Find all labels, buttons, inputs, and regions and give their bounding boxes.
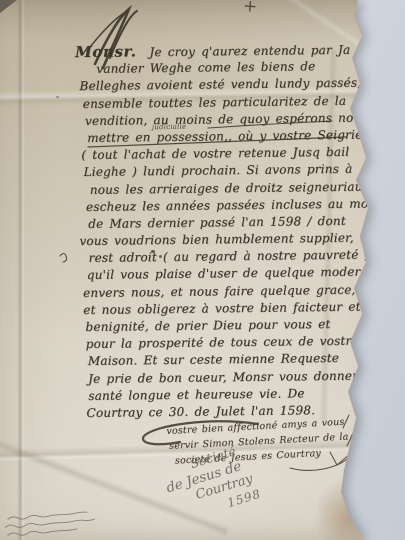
paper-shadow-wrap: + Monsr.Je croy q'aurez entendu par Ja v… bbox=[0, 0, 405, 540]
paper-top-shading bbox=[0, 0, 370, 42]
vertical-fold-crease bbox=[17, 0, 25, 540]
letter-line: Je prie de bon cueur, Monsr vous donner … bbox=[88, 367, 366, 388]
letter-line-text: Je croy q'aurez entendu par Ja bbox=[149, 43, 350, 59]
letter-body: Monsr.Je croy q'aurez entendu par Ja van… bbox=[82, 41, 367, 423]
ink-speck bbox=[56, 96, 59, 98]
photo-of-manuscript: + Monsr.Je croy q'aurez entendu par Ja v… bbox=[0, 0, 405, 540]
salutation: Monsr. bbox=[75, 42, 137, 61]
header-cross-mark: + bbox=[242, 0, 267, 18]
manuscript-paper: + Monsr.Je croy q'aurez entendu par Ja v… bbox=[0, 0, 405, 540]
interlinear-insertion: judicialle bbox=[152, 123, 186, 132]
brown-stain bbox=[314, 478, 368, 540]
